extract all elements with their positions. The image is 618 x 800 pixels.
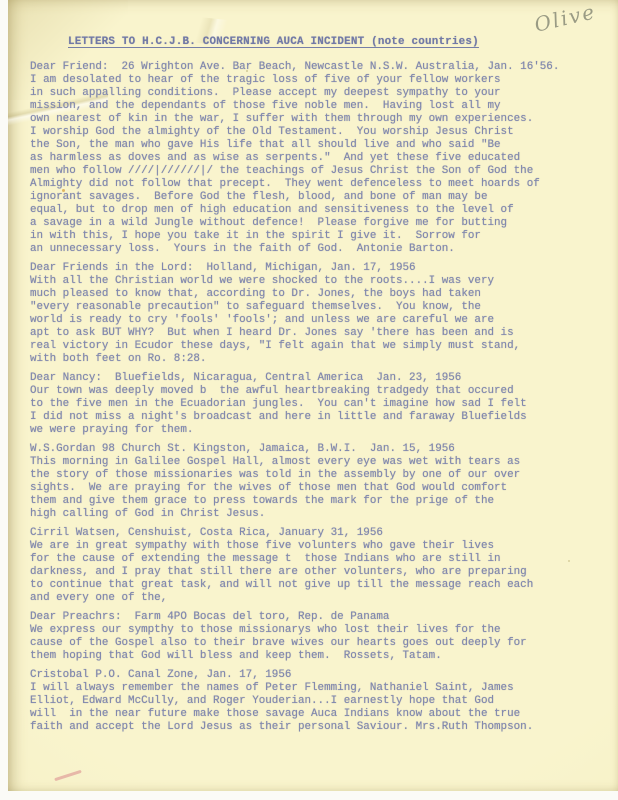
paper-mark	[54, 770, 82, 782]
letter-paragraph-canal-zone: Cristobal P.O. Canal Zone, Jan. 17, 1956…	[30, 669, 612, 734]
page-title: LETTERS TO H.C.J.B. CONCERNING AUCA INCI…	[68, 36, 612, 49]
letter-paragraph-nicaragua: Dear Nancy: Bluefields, Nicaragua, Centr…	[30, 372, 612, 437]
letter-paragraph-panama: Dear Preachrs: Farm 4PO Bocas del toro, …	[30, 611, 612, 663]
letter-paragraph-michigan: Dear Friends in the Lord: Holland, Michi…	[30, 262, 612, 366]
letter-paper: Olive LETTERS TO H.C.J.B. CONCERNING AUC…	[8, 0, 618, 791]
letter-content: LETTERS TO H.C.J.B. CONCERNING AUCA INCI…	[30, 36, 612, 740]
letter-paragraph-costa-rica: Cirril Watsen, Censhuist, Costa Rica, Ja…	[30, 527, 612, 605]
letter-paragraph-jamaica: W.S.Gordan 98 Church St. Kingston, Jamai…	[30, 443, 612, 521]
letter-paragraph-australia: Dear Friend: 26 Wrighton Ave. Bar Beach,…	[30, 61, 612, 256]
scanned-page: Olive LETTERS TO H.C.J.B. CONCERNING AUC…	[0, 0, 618, 800]
handwritten-olive-note: Olive	[532, 0, 598, 37]
